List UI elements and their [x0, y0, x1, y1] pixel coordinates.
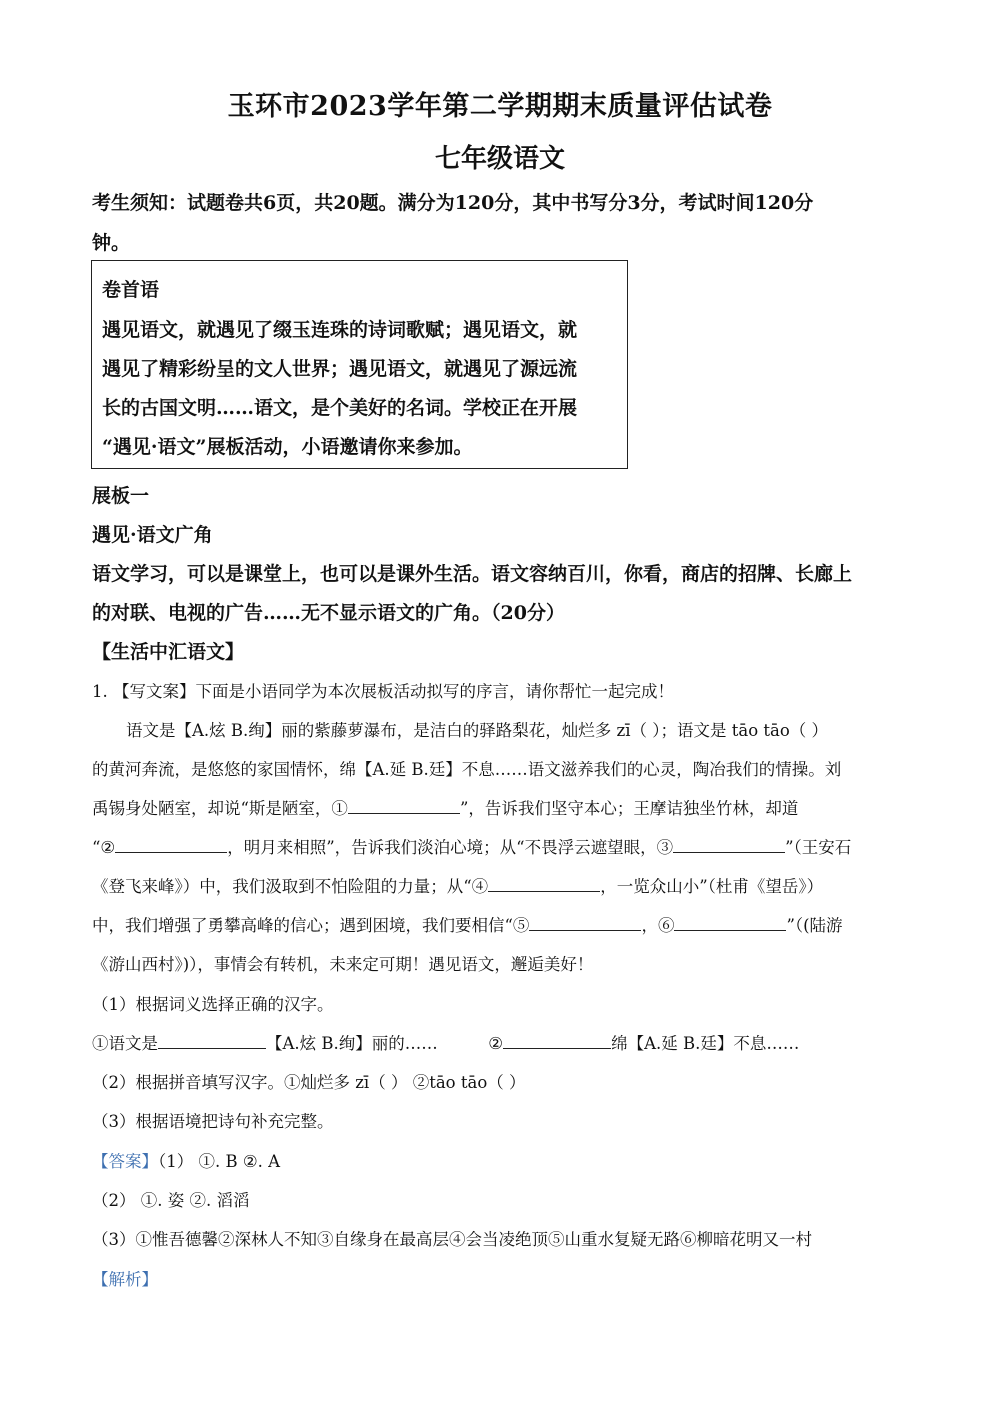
- passage-text: ，一览众山小”（杜甫《望岳》）: [600, 877, 823, 896]
- answer-line-3: （3）①惟吾德馨②深林人不知③自缘身在最高层④会当凌绝顶⑤山重水复疑无路⑥柳暗花…: [92, 1226, 812, 1250]
- preface-line: 遇见了精彩纷呈的文人世界；遇见语文，就遇见了源远流: [102, 354, 577, 381]
- passage-text: ，明月来相照”，告诉我们淡泊心境；从“不畏浮云遮望眼，③: [227, 838, 673, 857]
- passage-text: 禹锡身处陋室，却说“斯是陋室，①: [92, 799, 348, 818]
- passage-text: 《登飞来峰》）中，我们汲取到不怕险阻的力量；从“④: [92, 877, 488, 896]
- passage-text: 中，我们增强了勇攀高峰的信心；遇到困境，我们要相信“⑤: [92, 916, 529, 935]
- passage-line: 《游山西村》)），事情会有转机，未来定可期！遇见语文，邂逅美好！: [92, 951, 593, 975]
- item-a-prefix: ①语文是: [92, 1034, 158, 1053]
- analysis-label: 【解析】: [92, 1266, 158, 1290]
- board-intro-line: 的对联、电视的广告……无不显示语文的广角。（20分）: [92, 598, 565, 625]
- passage-text: ”，告诉我们坚守本心；王摩诘独坐竹林，却道: [460, 799, 798, 818]
- exam-page: 玉环市2023学年第二学期期末质量评估试卷 七年级语文 考生须知：试题卷共6页，…: [0, 0, 1000, 1414]
- sub-question-1-items: ①语文是【A.炫 B.绚】丽的…… ②绵【A.延 B.廷】不息……: [92, 1030, 799, 1054]
- exam-subtitle: 七年级语文: [0, 138, 1000, 175]
- board-title: 遇见·语文广角: [92, 520, 213, 547]
- blank-choice-2[interactable]: [503, 1032, 611, 1050]
- answer-text: （1） ①. B ②. A: [158, 1152, 280, 1171]
- preface-line: 长的古国文明……语文，是个美好的名词。学校正在开展: [102, 393, 577, 420]
- sub-question-3: （3）根据语境把诗句补充完整。: [92, 1108, 334, 1132]
- passage-line: 中，我们增强了勇攀高峰的信心；遇到困境，我们要相信“⑤，⑥”（(陆游: [92, 912, 843, 936]
- blank-5[interactable]: [529, 914, 641, 932]
- answer-line-1: 【答案】（1） ①. B ②. A: [92, 1148, 280, 1172]
- sub-question-2: （2）根据拼音填写汉字。①灿烂多 zī（ ） ②tāo tāo（ ）: [92, 1069, 526, 1093]
- board-label: 展板一: [92, 481, 149, 508]
- passage-text: ”（(陆游: [786, 916, 842, 935]
- passage-text: “②: [92, 838, 115, 857]
- passage-line: 禹锡身处陋室，却说“斯是陋室，①”，告诉我们坚守本心；王摩诘独坐竹林，却道: [92, 795, 798, 819]
- notice-line-1: 考生须知：试题卷共6页，共20题。满分为120分，其中书写分3分，考试时间120…: [92, 188, 813, 215]
- preface-line: 遇见语文，就遇见了缀玉连珠的诗词歌赋；遇见语文，就: [102, 315, 577, 342]
- preface-line: “遇见·语文”展板活动，小语邀请你来参加。: [102, 432, 472, 459]
- answer-label: 【答案】: [92, 1152, 158, 1171]
- answer-line-2: （2） ①. 姿 ②. 滔滔: [92, 1187, 249, 1211]
- sub-question-1: （1）根据词义选择正确的汉字。: [92, 991, 334, 1015]
- blank-choice-1[interactable]: [158, 1032, 266, 1050]
- passage-line: “②，明月来相照”，告诉我们淡泊心境；从“不畏浮云遮望眼，③”（王安石: [92, 834, 851, 858]
- subsection-heading: 【生活中汇语文】: [92, 637, 244, 664]
- blank-2[interactable]: [115, 836, 227, 854]
- board-intro-line: 语文学习，可以是课堂上，也可以是课外生活。语文容纳百川，你看，商店的招牌、长廊上: [92, 559, 852, 586]
- item-a-suffix: 【A.炫 B.绚】丽的……: [266, 1034, 438, 1053]
- question-1-stem: 1. 【写文案】下面是小语同学为本次展板活动拟写的序言，请你帮忙一起完成！: [92, 678, 674, 702]
- preface-box: 卷首语 遇见语文，就遇见了缀玉连珠的诗词歌赋；遇见语文，就 遇见了精彩纷呈的文人…: [91, 260, 628, 469]
- preface-heading: 卷首语: [102, 275, 159, 302]
- item-b-suffix: 绵【A.延 B.廷】不息……: [611, 1034, 799, 1053]
- blank-6[interactable]: [674, 914, 786, 932]
- notice-line-2: 钟。: [92, 228, 130, 255]
- passage-line: 《登飞来峰》）中，我们汲取到不怕险阻的力量；从“④，一览众山小”（杜甫《望岳》）: [92, 873, 823, 897]
- passage-line: 的黄河奔流，是悠悠的家国情怀，绵【A.延 B.廷】不息……语文滋养我们的心灵，陶…: [92, 756, 841, 780]
- item-b-prefix: ②: [488, 1034, 503, 1053]
- blank-4[interactable]: [488, 875, 600, 893]
- blank-1[interactable]: [348, 797, 460, 815]
- passage-text: ，⑥: [641, 916, 674, 935]
- passage-text: ”（王安石: [785, 838, 851, 857]
- exam-title: 玉环市2023学年第二学期期末质量评估试卷: [0, 84, 1000, 123]
- blank-3[interactable]: [673, 836, 785, 854]
- passage-line: 语文是【A.炫 B.绚】丽的紫藤萝瀑布，是洁白的驿路梨花，灿烂多 zī（ ）；语…: [126, 717, 828, 741]
